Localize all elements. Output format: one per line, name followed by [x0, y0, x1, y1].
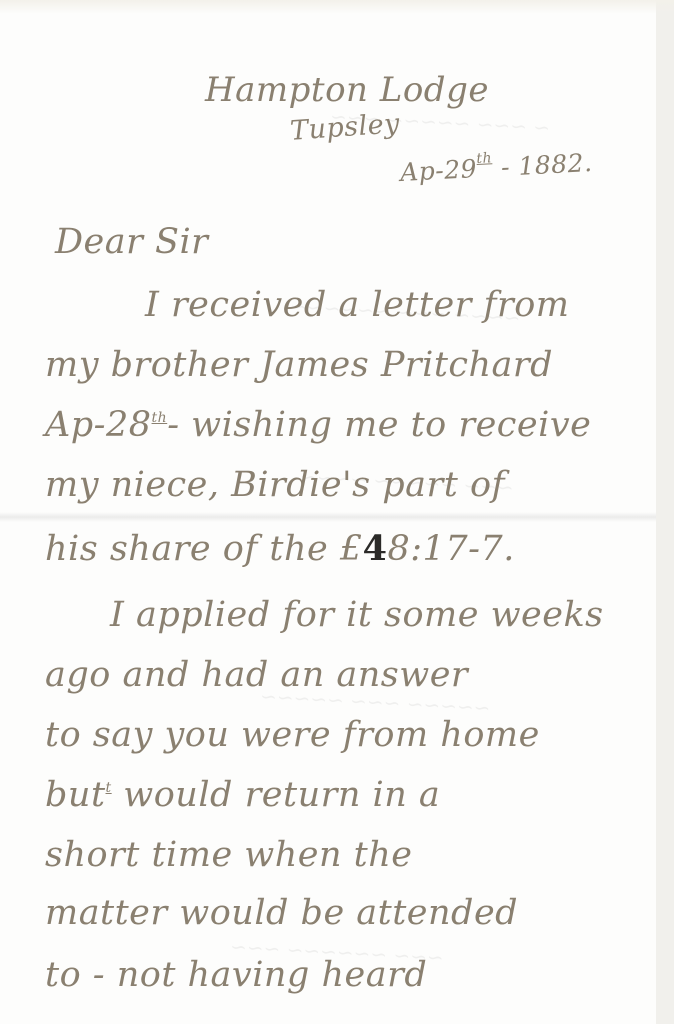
body-text: would return in a	[112, 775, 441, 815]
date-reference: Ap-28	[45, 405, 152, 445]
date-ordinal: th	[476, 150, 492, 167]
date-day: Ap-29	[399, 154, 477, 187]
address-line-1: Hampton Lodge	[205, 70, 489, 110]
body-line: I received a letter from	[145, 285, 569, 325]
body-text: - wishing me to receive	[167, 405, 591, 445]
body-line: Ap-28th- wishing me to receive	[45, 405, 591, 445]
body-line: my brother James Pritchard	[45, 345, 553, 385]
body-line: matter would be attended	[45, 893, 518, 933]
body-text: but	[45, 775, 106, 815]
body-line: his share of the £48:17-7.	[45, 528, 515, 569]
body-line: my niece, Birdie's part of	[45, 465, 505, 505]
body-line: ago and had an answer	[45, 655, 468, 695]
body-text: his share of the £	[45, 529, 363, 569]
paper-top-edge	[0, 0, 674, 14]
date-ordinal: th	[152, 410, 168, 426]
paper-fold-line	[0, 512, 656, 522]
body-line: short time when the	[45, 835, 412, 875]
body-line: I applied for it some weeks	[110, 595, 604, 635]
body-line: to say you were from home	[45, 715, 540, 755]
date-year: - 1882.	[500, 148, 593, 182]
body-line: butt would return in a	[45, 775, 440, 815]
amount-text: 8:17-7.	[388, 529, 515, 569]
body-line: to - not having heard	[45, 955, 427, 995]
salutation: Dear Sir	[55, 222, 208, 262]
scan-margin	[656, 0, 674, 1024]
amount-correction: 4	[363, 528, 388, 569]
